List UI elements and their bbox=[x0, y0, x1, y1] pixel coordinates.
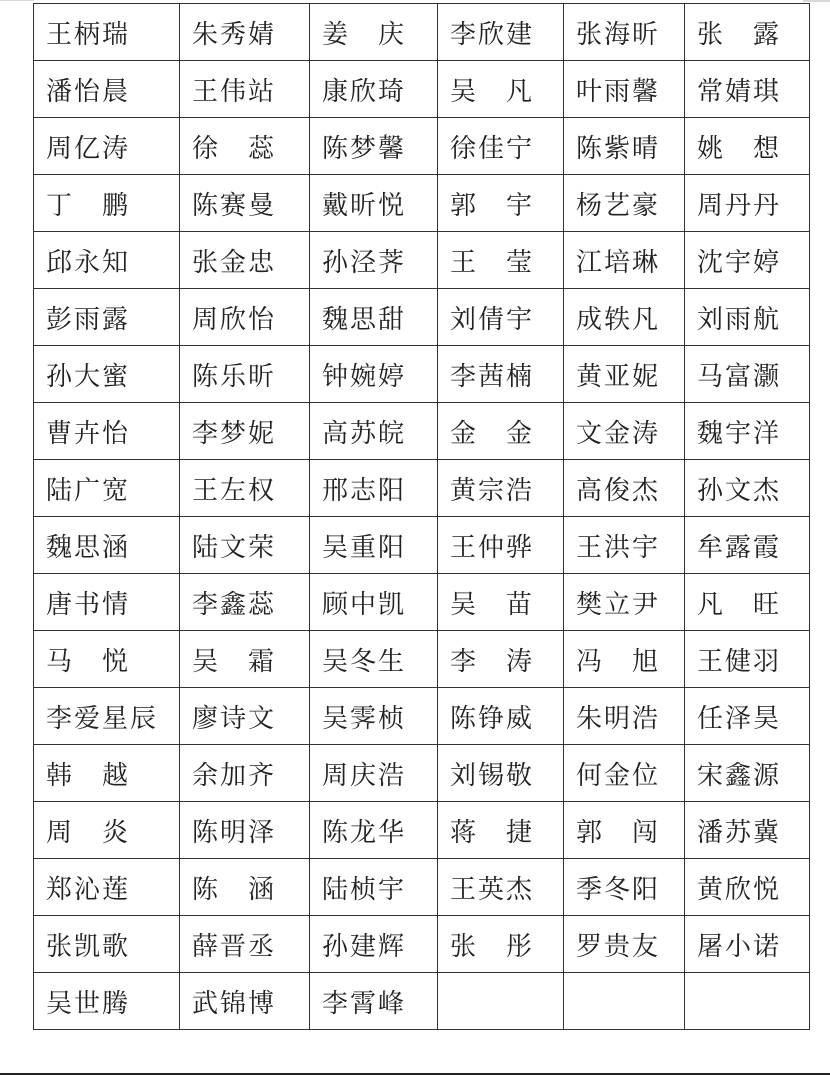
table-row: 周 炎陈明泽陈龙华蒋 捷郭 闯潘苏冀 bbox=[34, 802, 810, 859]
name-cell: 黄亚妮 bbox=[564, 346, 685, 403]
table-row: 马 悦吴 霜吴冬生李 涛冯 旭王健羽 bbox=[34, 631, 810, 688]
name-cell: 王柄瑞 bbox=[34, 4, 180, 61]
name-cell: 屠小诺 bbox=[685, 916, 810, 973]
name-cell: 彭雨露 bbox=[34, 289, 180, 346]
name-cell: 陈明泽 bbox=[180, 802, 310, 859]
name-cell: 郭 宇 bbox=[438, 175, 564, 232]
name-cell: 宋鑫源 bbox=[685, 745, 810, 802]
name-cell: 周丹丹 bbox=[685, 175, 810, 232]
name-cell: 王 莹 bbox=[438, 232, 564, 289]
table-row: 陆广宽王左权邢志阳黄宗浩高俊杰孙文杰 bbox=[34, 460, 810, 517]
name-cell: 高苏皖 bbox=[310, 403, 438, 460]
name-cell: 韩 越 bbox=[34, 745, 180, 802]
page-bottom-rule bbox=[0, 1073, 830, 1075]
name-cell: 王仲骅 bbox=[438, 517, 564, 574]
name-cell: 周庆浩 bbox=[310, 745, 438, 802]
name-cell: 余加齐 bbox=[180, 745, 310, 802]
name-cell: 王左权 bbox=[180, 460, 310, 517]
table-row: 王柄瑞朱秀婧姜 庆李欣建张海昕张 露 bbox=[34, 4, 810, 61]
table-row: 李爱星辰廖诗文吴霁桢陈铮威朱明浩任泽昊 bbox=[34, 688, 810, 745]
name-cell: 吴冬生 bbox=[310, 631, 438, 688]
name-cell: 周亿涛 bbox=[34, 118, 180, 175]
name-cell: 吴 霜 bbox=[180, 631, 310, 688]
name-cell: 沈宇婷 bbox=[685, 232, 810, 289]
name-cell: 戴昕悦 bbox=[310, 175, 438, 232]
name-cell: 马富灏 bbox=[685, 346, 810, 403]
name-cell: 周 炎 bbox=[34, 802, 180, 859]
table-row: 周亿涛徐 蕊陈梦馨徐佳宁陈紫晴姚 想 bbox=[34, 118, 810, 175]
name-cell: 樊立尹 bbox=[564, 574, 685, 631]
name-cell: 罗贵友 bbox=[564, 916, 685, 973]
name-cell: 金 金 bbox=[438, 403, 564, 460]
name-cell: 郑沁莲 bbox=[34, 859, 180, 916]
name-cell: 李鑫蕊 bbox=[180, 574, 310, 631]
name-cell: 周欣怡 bbox=[180, 289, 310, 346]
name-cell: 陆广宽 bbox=[34, 460, 180, 517]
name-cell: 陈龙华 bbox=[310, 802, 438, 859]
name-cell: 陈赛曼 bbox=[180, 175, 310, 232]
table-row: 唐书情李鑫蕊顾中凯吴 苗樊立尹凡 旺 bbox=[34, 574, 810, 631]
page-edge-line bbox=[803, 0, 830, 2]
name-cell: 李 涛 bbox=[438, 631, 564, 688]
name-cell: 曹卉怡 bbox=[34, 403, 180, 460]
name-cell: 魏思甜 bbox=[310, 289, 438, 346]
name-cell: 李爱星辰 bbox=[34, 688, 180, 745]
name-cell: 邱永知 bbox=[34, 232, 180, 289]
name-cell: 吴 凡 bbox=[438, 61, 564, 118]
name-cell: 刘锡敬 bbox=[438, 745, 564, 802]
name-cell: 成轶凡 bbox=[564, 289, 685, 346]
name-cell: 任泽昊 bbox=[685, 688, 810, 745]
name-cell: 常婧琪 bbox=[685, 61, 810, 118]
name-cell: 王英杰 bbox=[438, 859, 564, 916]
name-cell: 高俊杰 bbox=[564, 460, 685, 517]
name-cell: 张凯歌 bbox=[34, 916, 180, 973]
name-cell: 陈铮威 bbox=[438, 688, 564, 745]
name-list-table: 王柄瑞朱秀婧姜 庆李欣建张海昕张 露潘怡晨王伟站康欣琦吴 凡叶雨馨常婧琪周亿涛徐… bbox=[33, 3, 810, 1030]
name-cell: 王洪宇 bbox=[564, 517, 685, 574]
name-cell: 叶雨馨 bbox=[564, 61, 685, 118]
name-cell: 刘雨航 bbox=[685, 289, 810, 346]
table-row: 张凯歌薛晋丞孙建辉张 彤罗贵友屠小诺 bbox=[34, 916, 810, 973]
name-cell: 钟婉婷 bbox=[310, 346, 438, 403]
name-cell: 吴霁桢 bbox=[310, 688, 438, 745]
name-cell: 吴 苗 bbox=[438, 574, 564, 631]
name-cell: 张 露 bbox=[685, 4, 810, 61]
name-cell: 杨艺豪 bbox=[564, 175, 685, 232]
name-cell: 李梦妮 bbox=[180, 403, 310, 460]
name-cell: 潘苏冀 bbox=[685, 802, 810, 859]
name-cell: 吴世腾 bbox=[34, 973, 180, 1030]
name-cell: 蒋 捷 bbox=[438, 802, 564, 859]
name-cell: 王健羽 bbox=[685, 631, 810, 688]
name-cell: 刘倩宇 bbox=[438, 289, 564, 346]
name-cell: 何金位 bbox=[564, 745, 685, 802]
table-row: 孙大蜜陈乐昕钟婉婷李茜楠黄亚妮马富灏 bbox=[34, 346, 810, 403]
name-cell bbox=[685, 973, 810, 1030]
name-cell: 王伟站 bbox=[180, 61, 310, 118]
name-cell: 马 悦 bbox=[34, 631, 180, 688]
name-cell: 郭 闯 bbox=[564, 802, 685, 859]
table-row: 吴世腾武锦博李霄峰 bbox=[34, 973, 810, 1030]
name-cell bbox=[564, 973, 685, 1030]
name-cell: 顾中凯 bbox=[310, 574, 438, 631]
table-row: 曹卉怡李梦妮高苏皖金 金文金涛魏宇洋 bbox=[34, 403, 810, 460]
name-cell: 陈 涵 bbox=[180, 859, 310, 916]
name-cell: 季冬阳 bbox=[564, 859, 685, 916]
name-cell: 邢志阳 bbox=[310, 460, 438, 517]
name-cell: 姚 想 bbox=[685, 118, 810, 175]
table-row: 韩 越余加齐周庆浩刘锡敬何金位宋鑫源 bbox=[34, 745, 810, 802]
page-edge-line bbox=[0, 0, 34, 1]
name-cell: 武锦博 bbox=[180, 973, 310, 1030]
table-row: 郑沁莲陈 涵陆桢宇王英杰季冬阳黄欣悦 bbox=[34, 859, 810, 916]
name-cell: 李霄峰 bbox=[310, 973, 438, 1030]
name-cell: 朱秀婧 bbox=[180, 4, 310, 61]
name-cell: 陈梦馨 bbox=[310, 118, 438, 175]
name-cell: 张海昕 bbox=[564, 4, 685, 61]
table-row: 潘怡晨王伟站康欣琦吴 凡叶雨馨常婧琪 bbox=[34, 61, 810, 118]
name-cell: 孙泾荠 bbox=[310, 232, 438, 289]
name-cell: 陈紫晴 bbox=[564, 118, 685, 175]
name-cell: 徐 蕊 bbox=[180, 118, 310, 175]
name-cell bbox=[438, 973, 564, 1030]
name-cell: 张金忠 bbox=[180, 232, 310, 289]
name-cell: 冯 旭 bbox=[564, 631, 685, 688]
name-cell: 陆桢宇 bbox=[310, 859, 438, 916]
name-cell: 徐佳宁 bbox=[438, 118, 564, 175]
name-cell: 姜 庆 bbox=[310, 4, 438, 61]
name-cell: 康欣琦 bbox=[310, 61, 438, 118]
name-cell: 孙文杰 bbox=[685, 460, 810, 517]
name-cell: 魏宇洋 bbox=[685, 403, 810, 460]
name-list-body: 王柄瑞朱秀婧姜 庆李欣建张海昕张 露潘怡晨王伟站康欣琦吴 凡叶雨馨常婧琪周亿涛徐… bbox=[34, 4, 810, 1030]
name-cell: 潘怡晨 bbox=[34, 61, 180, 118]
name-cell: 陆文荣 bbox=[180, 517, 310, 574]
name-cell: 文金涛 bbox=[564, 403, 685, 460]
name-cell: 丁 鹏 bbox=[34, 175, 180, 232]
name-cell: 孙大蜜 bbox=[34, 346, 180, 403]
name-cell: 凡 旺 bbox=[685, 574, 810, 631]
name-cell: 陈乐昕 bbox=[180, 346, 310, 403]
table-row: 邱永知张金忠孙泾荠王 莹江培琳沈宇婷 bbox=[34, 232, 810, 289]
name-cell: 牟露霞 bbox=[685, 517, 810, 574]
name-cell: 李欣建 bbox=[438, 4, 564, 61]
table-row: 彭雨露周欣怡魏思甜刘倩宇成轶凡刘雨航 bbox=[34, 289, 810, 346]
table-row: 魏思涵陆文荣吴重阳王仲骅王洪宇牟露霞 bbox=[34, 517, 810, 574]
table-row: 丁 鹏陈赛曼戴昕悦郭 宇杨艺豪周丹丹 bbox=[34, 175, 810, 232]
name-cell: 江培琳 bbox=[564, 232, 685, 289]
name-cell: 孙建辉 bbox=[310, 916, 438, 973]
name-cell: 唐书情 bbox=[34, 574, 180, 631]
name-cell: 朱明浩 bbox=[564, 688, 685, 745]
name-cell: 吴重阳 bbox=[310, 517, 438, 574]
name-cell: 薛晋丞 bbox=[180, 916, 310, 973]
name-cell: 黄宗浩 bbox=[438, 460, 564, 517]
name-cell: 黄欣悦 bbox=[685, 859, 810, 916]
name-cell: 张 彤 bbox=[438, 916, 564, 973]
name-cell: 李茜楠 bbox=[438, 346, 564, 403]
name-cell: 廖诗文 bbox=[180, 688, 310, 745]
name-cell: 魏思涵 bbox=[34, 517, 180, 574]
